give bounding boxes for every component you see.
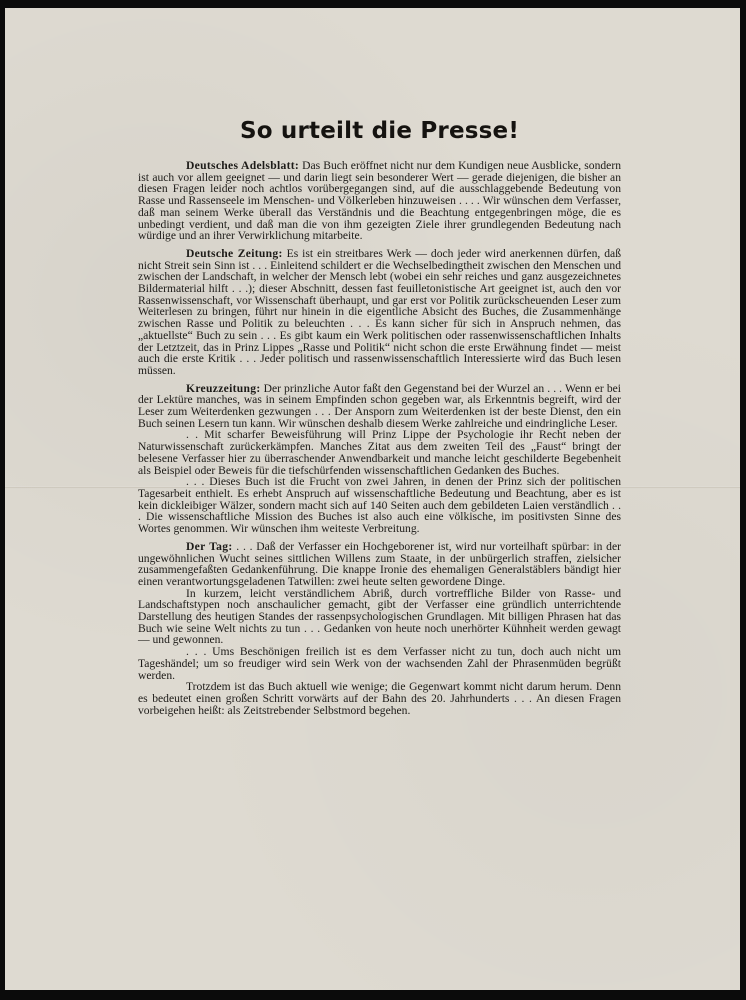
review-deutsches-adelsblatt: Deutsches Adelsblatt: Das Buch eröffnet … bbox=[138, 160, 621, 242]
review-paragraph: . . . Dieses Buch ist die Frucht von zwe… bbox=[138, 476, 621, 535]
review-text: Das Buch eröffnet nicht nur dem Kundigen… bbox=[138, 159, 621, 242]
review-kreuzzeitung: Kreuzzeitung: Der prinzliche Autor faßt … bbox=[138, 383, 621, 535]
review-der-tag: Der Tag: . . . Daß der Verfasser ein Hoc… bbox=[138, 541, 621, 717]
paper-sheet: So urteilt die Presse! Deutsches Adelsbl… bbox=[5, 8, 740, 990]
review-paragraph: . . . Ums Beschönigen freilich ist es de… bbox=[138, 646, 621, 681]
review-deutsche-zeitung: Deutsche Zeitung: Es ist ein streitbares… bbox=[138, 248, 621, 377]
review-paragraph: Deutsches Adelsblatt: Das Buch eröffnet … bbox=[138, 160, 621, 242]
review-paragraph: In kurzem, leicht verständlichem Abriß, … bbox=[138, 588, 621, 647]
review-paragraph: Der Tag: . . . Daß der Verfasser ein Hoc… bbox=[138, 541, 621, 588]
review-paragraph: . . Mit scharfer Beweisführung will Prin… bbox=[138, 429, 621, 476]
review-paragraph: Kreuzzeitung: Der prinzliche Autor faßt … bbox=[138, 383, 621, 430]
review-text: Es ist ein streitbares Werk — doch jeder… bbox=[138, 247, 621, 377]
page-title: So urteilt die Presse! bbox=[138, 118, 621, 144]
review-paragraph: Trotzdem ist das Buch aktuell wie wenige… bbox=[138, 681, 621, 716]
document-body: So urteilt die Presse! Deutsches Adelsbl… bbox=[138, 118, 621, 722]
review-paragraph: Deutsche Zeitung: Es ist ein streitbares… bbox=[138, 248, 621, 377]
